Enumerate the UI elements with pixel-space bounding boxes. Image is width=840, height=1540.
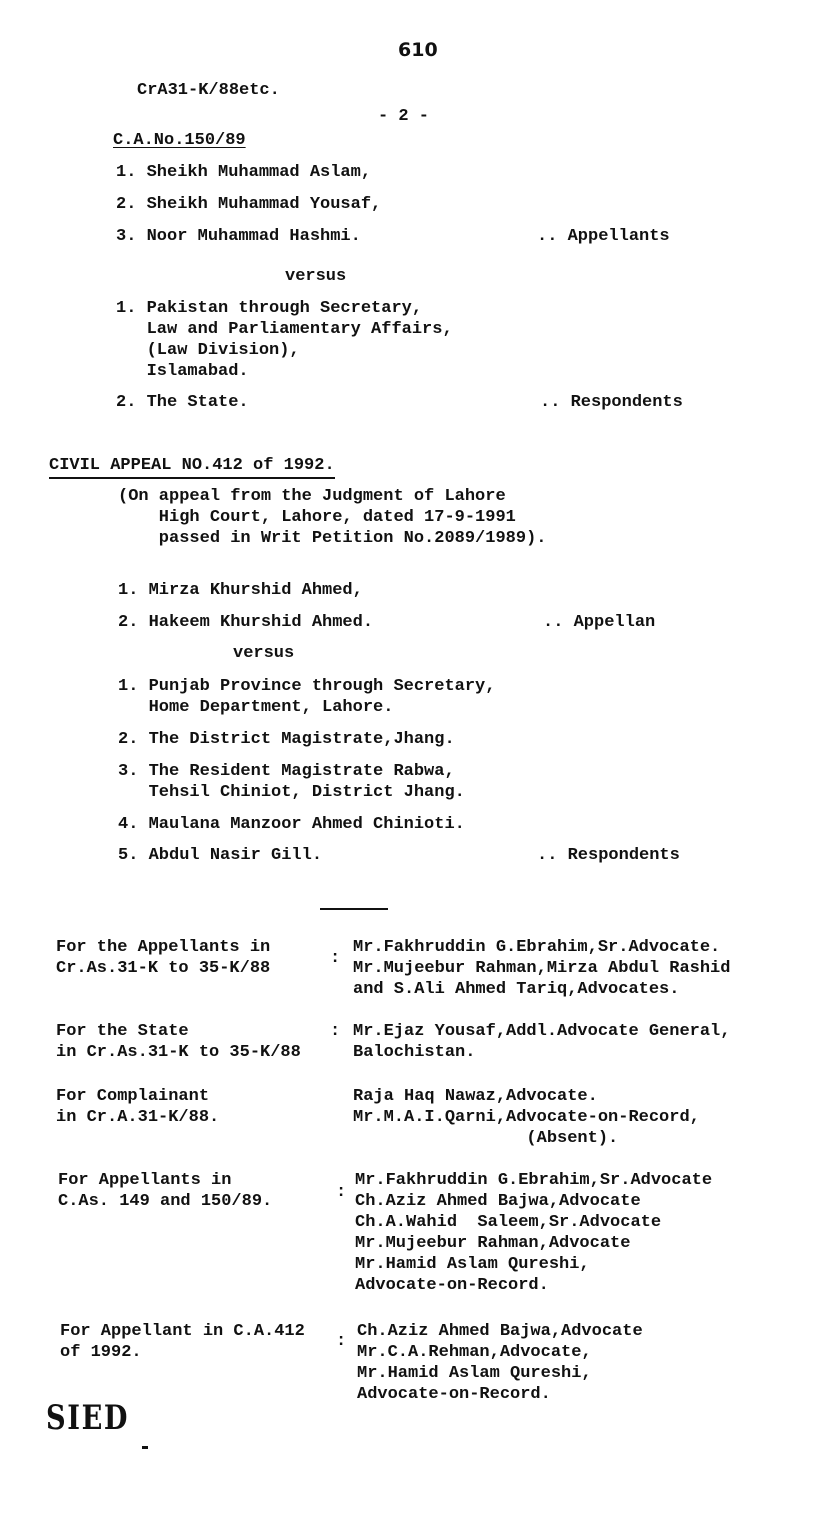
- case2-respondent-2: 2. The District Magistrate,Jhang.: [118, 729, 455, 750]
- case1-respondent-2: 2. The State.: [116, 392, 249, 413]
- appearance-1-counsel: Mr.Fakhruddin G.Ebrahim,Sr.Advocate. Mr.…: [353, 937, 730, 1000]
- case2-respondents-label: .. Respondents: [537, 845, 680, 866]
- case1-appellants-label: .. Appellants: [537, 226, 670, 247]
- appearance-5-counsel: Ch.Aziz Ahmed Bajwa,Advocate Mr.C.A.Rehm…: [357, 1321, 643, 1405]
- case1-respondents-label: .. Respondents: [540, 392, 683, 413]
- appearance-2-counsel: Mr.Ejaz Yousaf,Addl.Advocate General, Ba…: [353, 1021, 730, 1063]
- file-reference: CrA31-K/88etc.: [137, 80, 280, 101]
- case2-respondent-4: 4. Maulana Manzoor Ahmed Chinioti.: [118, 814, 465, 835]
- appearance-5-separator: :: [336, 1331, 346, 1352]
- case2-appellant-1: 1. Mirza Khurshid Ahmed,: [118, 580, 363, 601]
- case2-versus: versus: [233, 643, 294, 664]
- stray-mark: [142, 1446, 148, 1449]
- case1-appellant-1: 1. Sheikh Muhammad Aslam,: [116, 162, 371, 183]
- appearance-3-party: For Complainant in Cr.A.31-K/88.: [56, 1086, 219, 1128]
- case2-respondent-1: 1. Punjab Province through Secretary, Ho…: [118, 676, 495, 718]
- appearance-1-party: For the Appellants in Cr.As.31-K to 35-K…: [56, 937, 270, 979]
- appearance-3-counsel: Raja Haq Nawaz,Advocate. Mr.M.A.I.Qarni,…: [353, 1086, 700, 1149]
- case2-heading: CIVIL APPEAL NO.412 of 1992.: [49, 455, 335, 479]
- case1-appellant-2: 2. Sheikh Muhammad Yousaf,: [116, 194, 381, 215]
- case2-respondent-5: 5. Abdul Nasir Gill.: [118, 845, 322, 866]
- appearance-1-separator: :: [330, 948, 340, 969]
- appearance-2-party: For the State in Cr.As.31-K to 35-K/88: [56, 1021, 301, 1063]
- case2-appellants-label: .. Appellan: [543, 612, 655, 633]
- case2-appeal-note: (On appeal from the Judgment of Lahore H…: [118, 486, 546, 549]
- sheet-number: - 2 -: [378, 106, 429, 127]
- case2-appellant-2: 2. Hakeem Khurshid Ahmed.: [118, 612, 373, 633]
- section-separator: [320, 908, 388, 910]
- appearance-2-separator: :: [330, 1021, 340, 1042]
- page-number: 610: [398, 40, 438, 61]
- appearance-5-party: For Appellant in C.A.412 of 1992.: [60, 1321, 305, 1363]
- appearance-4-separator: :: [336, 1182, 346, 1203]
- case2-respondent-3: 3. The Resident Magistrate Rabwa, Tehsil…: [118, 761, 465, 803]
- partial-stamp: SIED: [46, 1398, 129, 1438]
- appearance-4-party: For Appellants in C.As. 149 and 150/89.: [58, 1170, 272, 1212]
- case1-versus: versus: [285, 266, 346, 287]
- case1-heading: C.A.No.150/89: [113, 130, 246, 151]
- case1-respondent-1: 1. Pakistan through Secretary, Law and P…: [116, 298, 453, 382]
- appearance-4-counsel: Mr.Fakhruddin G.Ebrahim,Sr.Advocate Ch.A…: [355, 1170, 712, 1296]
- case1-appellant-3: 3. Noor Muhammad Hashmi.: [116, 226, 361, 247]
